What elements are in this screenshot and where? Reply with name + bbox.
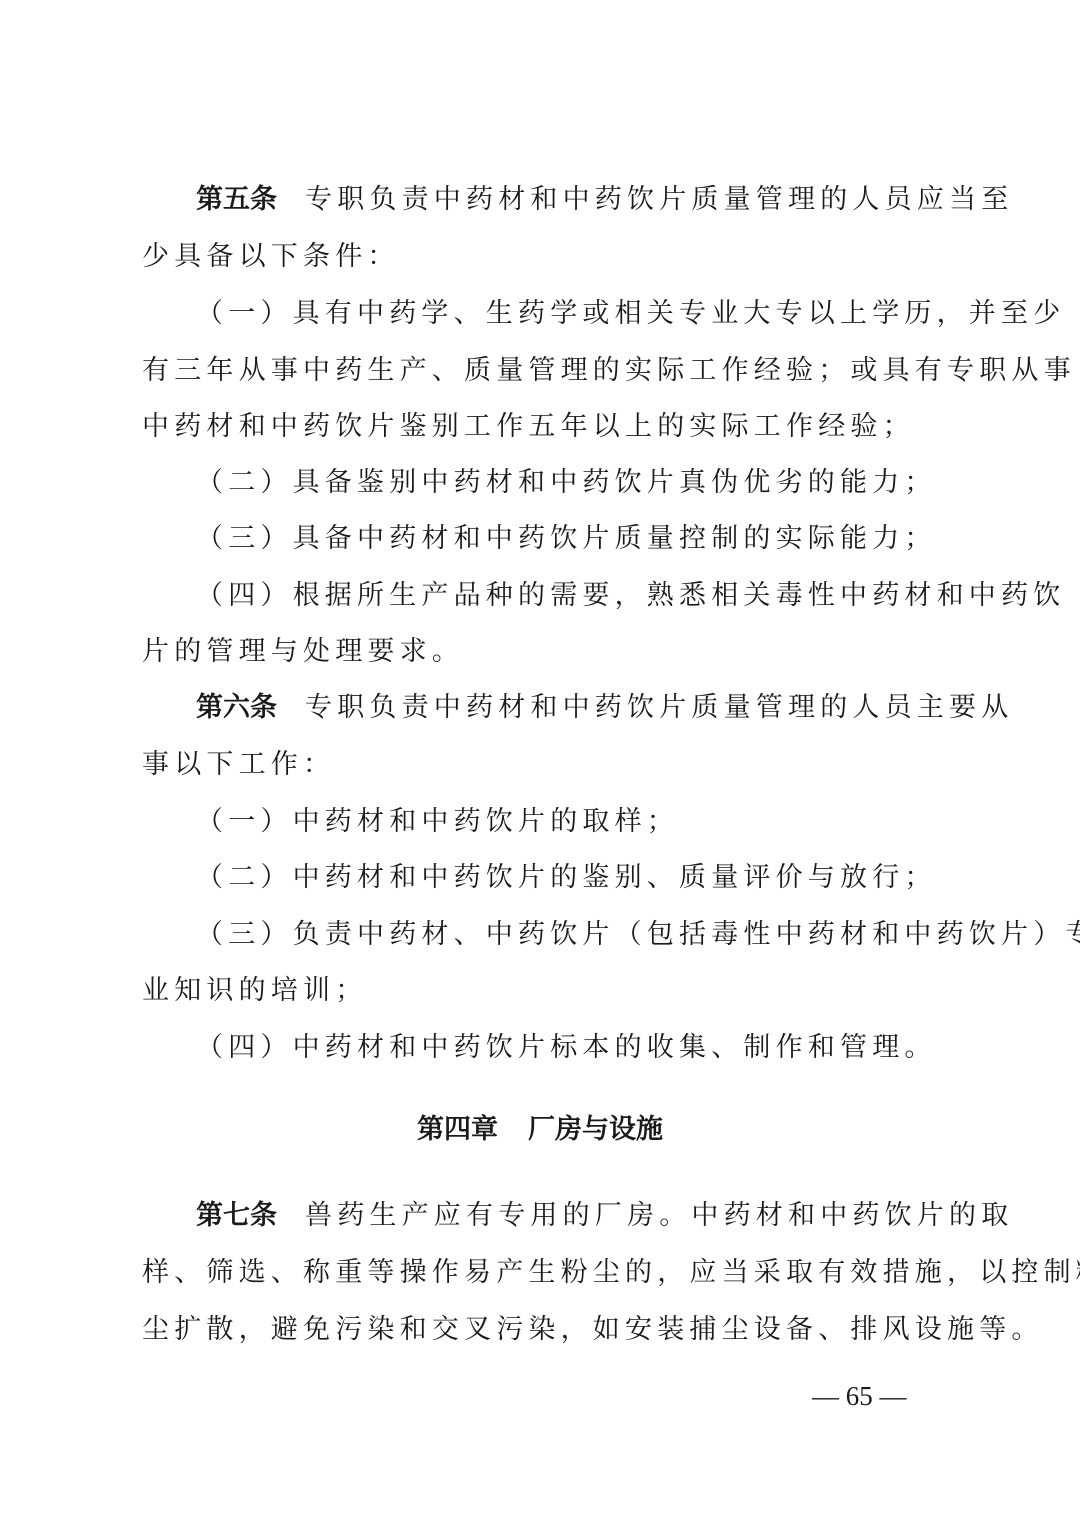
page-number: — 65 — [812, 1378, 907, 1414]
article-6-text: 专职负责中药材和中药饮片质量管理的人员主要从 [305, 692, 1013, 723]
article-6-item-3-line-1: （三）负责中药材、中药饮片（包括毒性中药材和中药饮片）专 [196, 917, 996, 953]
article-6-line-2: 事以下工作： [142, 747, 942, 783]
chapter-heading: 第四章厂房与设施 [0, 1112, 1080, 1148]
article-6-heading: 第六条 [196, 692, 277, 723]
document-page: 第五条专职负责中药材和中药饮片质量管理的人员应当至 少具备以下条件： （一）具有… [0, 0, 1080, 1527]
article-5-item-1-line-3: 中药材和中药饮片鉴别工作五年以上的实际工作经验； [142, 409, 942, 445]
article-7-line-1: 第七条兽药生产应有专用的厂房。中药材和中药饮片的取 [196, 1198, 996, 1234]
article-7-line-3: 尘扩散，避免污染和交叉污染，如安装捕尘设备、排风设施等。 [142, 1312, 942, 1348]
article-5-item-2: （二）具备鉴别中药材和中药饮片真伪优劣的能力； [196, 465, 996, 501]
article-7-line-2: 样、筛选、称重等操作易产生粉尘的，应当采取有效措施，以控制粉 [142, 1255, 942, 1291]
article-5-item-1-line-1: （一）具有中药学、生药学或相关专业大专以上学历，并至少 [196, 296, 996, 332]
article-5-heading: 第五条 [196, 184, 277, 215]
article-5-item-4-line-1: （四）根据所生产品种的需要，熟悉相关毒性中药材和中药饮 [196, 578, 996, 614]
article-6-line-1: 第六条专职负责中药材和中药饮片质量管理的人员主要从 [196, 690, 996, 726]
article-5-line-1: 第五条专职负责中药材和中药饮片质量管理的人员应当至 [196, 182, 996, 218]
article-5-text: 专职负责中药材和中药饮片质量管理的人员应当至 [305, 184, 1013, 215]
article-7-heading: 第七条 [196, 1200, 277, 1231]
article-5-line-2: 少具备以下条件： [142, 239, 942, 275]
article-6-item-2: （二）中药材和中药饮片的鉴别、质量评价与放行； [196, 860, 996, 896]
article-6-item-1: （一）中药材和中药饮片的取样； [196, 804, 996, 840]
article-6-item-3-line-2: 业知识的培训； [142, 973, 942, 1009]
article-5-item-3: （三）具备中药材和中药饮片质量控制的实际能力； [196, 521, 996, 557]
article-6-item-4: （四）中药材和中药饮片标本的收集、制作和管理。 [196, 1030, 996, 1066]
chapter-number: 第四章 [417, 1114, 498, 1145]
article-7-text: 兽药生产应有专用的厂房。中药材和中药饮片的取 [305, 1200, 1013, 1231]
article-5-item-4-line-2: 片的管理与处理要求。 [142, 634, 942, 670]
chapter-title: 厂房与设施 [528, 1114, 663, 1145]
article-5-item-1-line-2: 有三年从事中药生产、质量管理的实际工作经验；或具有专职从事 [142, 353, 942, 389]
